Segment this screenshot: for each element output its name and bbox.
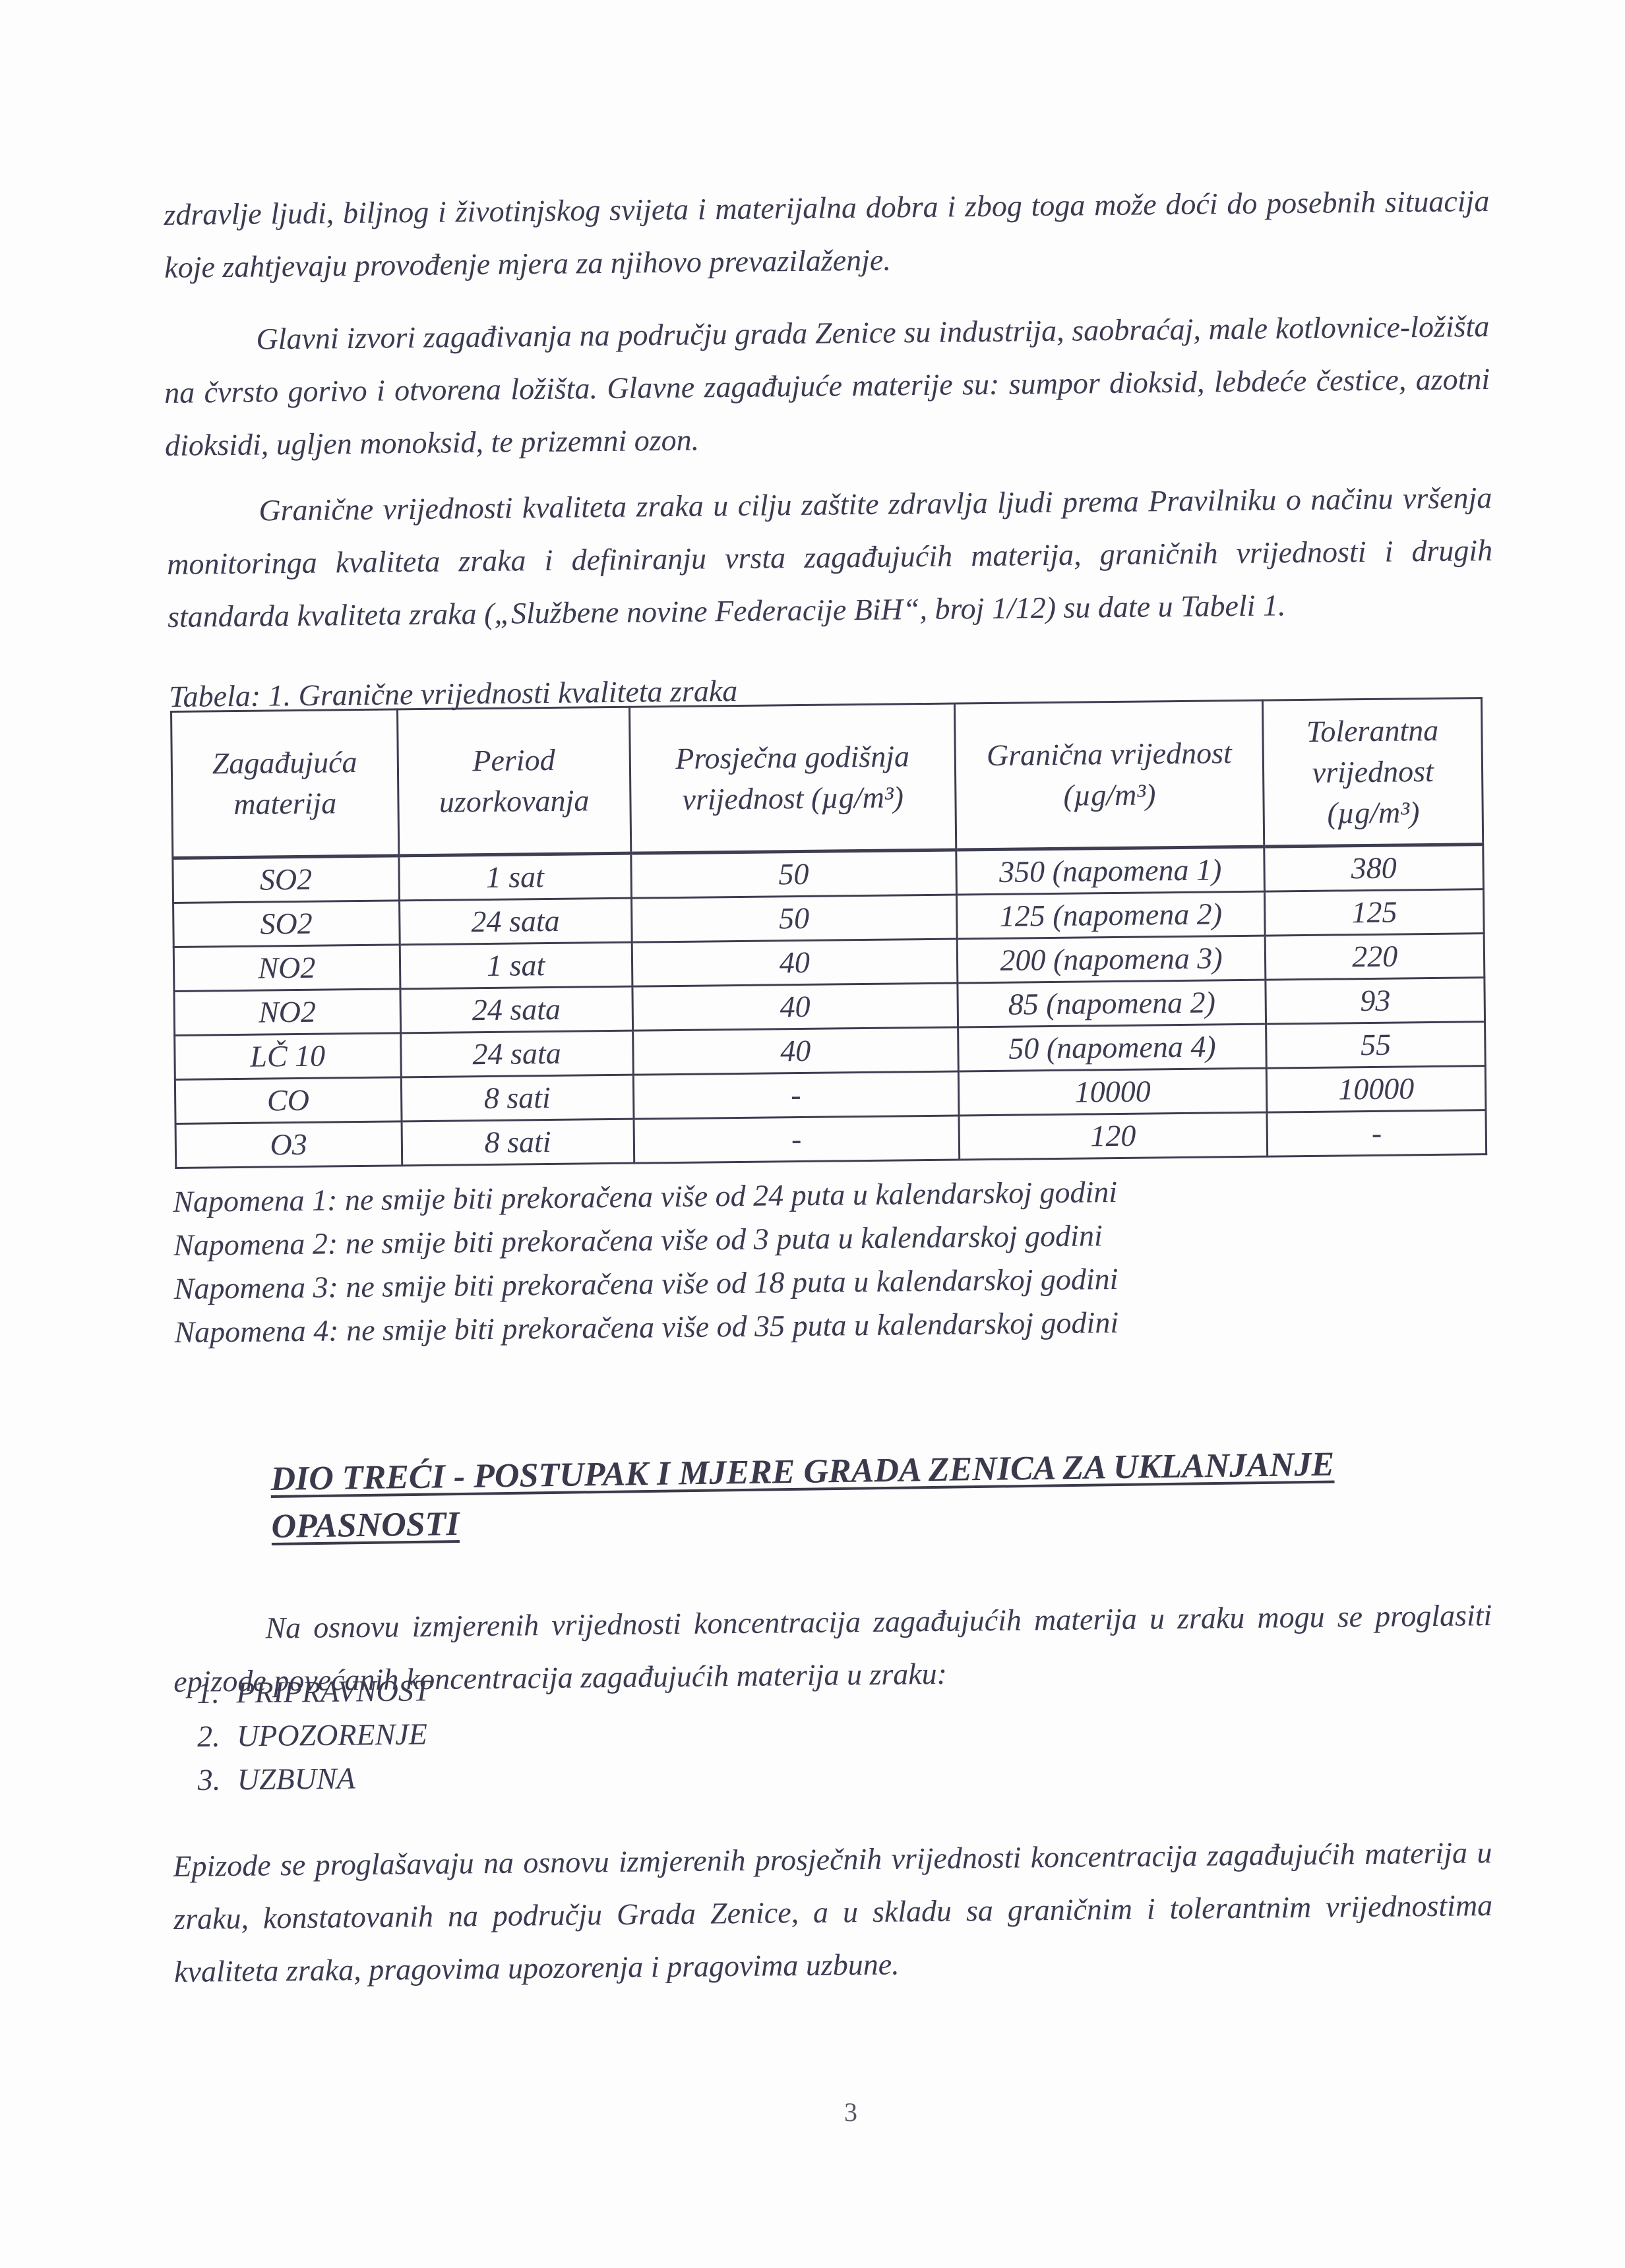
episode-levels-list: 1.PRIPRAVNOST 2.UPOZORENJE 3.UZBUNA xyxy=(197,1669,431,1802)
cell-annual-average: - xyxy=(634,1116,960,1163)
list-label: UZBUNA xyxy=(237,1761,355,1796)
cell-sampling-period: 8 sati xyxy=(402,1119,634,1166)
list-label: UPOZORENJE xyxy=(237,1717,427,1752)
cell-limit-value: 200 (napomena 3) xyxy=(957,936,1266,983)
table-header-row: Zagađujuća materija Period uzorkovanja P… xyxy=(171,698,1483,858)
cell-pollutant: SO2 xyxy=(173,856,399,903)
paragraph-episodes-basis: Epizode se proglašavaju na osnovu izmjer… xyxy=(173,1826,1493,1998)
document-page: zdravlje ljudi, biljnog i životinjskog s… xyxy=(0,0,1625,2268)
cell-sampling-period: 1 sat xyxy=(400,942,632,989)
list-number: 2. xyxy=(197,1714,237,1758)
cell-annual-average: 50 xyxy=(631,895,957,942)
list-label: PRIPRAVNOST xyxy=(236,1673,431,1709)
cell-pollutant: O3 xyxy=(175,1121,402,1168)
cell-limit-value: 85 (napomena 2) xyxy=(958,980,1266,1027)
table-notes: Napomena 1: ne smije biti prekoračena vi… xyxy=(173,1166,1494,1354)
list-number: 1. xyxy=(197,1671,237,1715)
cell-tolerance-value: 125 xyxy=(1265,889,1484,936)
header-sampling-period: Period uzorkovanja xyxy=(397,707,631,856)
cell-pollutant: NO2 xyxy=(173,945,400,992)
cell-limit-value: 120 xyxy=(959,1112,1268,1160)
cell-annual-average: 40 xyxy=(632,939,958,986)
cell-annual-average: 40 xyxy=(632,983,958,1030)
cell-tolerance-value: 93 xyxy=(1266,978,1485,1024)
list-number: 3. xyxy=(197,1758,237,1802)
cell-sampling-period: 24 sata xyxy=(400,986,632,1033)
page-number: 3 xyxy=(844,2097,857,2128)
header-pollutant: Zagađujuća materija xyxy=(171,709,399,858)
header-limit-value: Granična vrijednost (µg/m³) xyxy=(954,700,1264,850)
paragraph-limit-values-intro: Granične vrijednosti kvaliteta zraka u c… xyxy=(166,471,1493,643)
cell-annual-average: 40 xyxy=(632,1027,958,1075)
cell-sampling-period: 24 sata xyxy=(399,898,632,945)
header-tolerance-value: Tolerantna vrijednost (µg/m³) xyxy=(1263,698,1483,847)
cell-limit-value: 125 (napomena 2) xyxy=(956,891,1265,939)
cell-limit-value: 10000 xyxy=(958,1068,1267,1116)
cell-tolerance-value: 55 xyxy=(1266,1022,1485,1068)
section-title: DIO TREĆI - POSTUPAK I MJERE GRADA ZENIC… xyxy=(270,1441,1340,1551)
cell-annual-average: 50 xyxy=(631,850,957,898)
cell-limit-value: 50 (napomena 4) xyxy=(958,1024,1266,1071)
list-item: 2.UPOZORENJE xyxy=(197,1712,431,1758)
cell-pollutant: LČ 10 xyxy=(175,1033,401,1080)
cell-pollutant: CO xyxy=(175,1077,401,1124)
list-item: 1.PRIPRAVNOST xyxy=(197,1669,431,1715)
list-item: 3.UZBUNA xyxy=(197,1756,431,1802)
paragraph-pollution-sources: Glavni izvori zagađivanja na području gr… xyxy=(164,300,1490,472)
paragraph-intro-continuation: zdravlje ljudi, biljnog i životinjskog s… xyxy=(164,175,1490,294)
cell-sampling-period: 1 sat xyxy=(398,853,631,901)
cell-tolerance-value: 380 xyxy=(1264,845,1483,891)
cell-sampling-period: 24 sata xyxy=(400,1030,633,1077)
limit-values-table: Zagađujuća materija Period uzorkovanja P… xyxy=(170,697,1487,1169)
cell-tolerance-value: - xyxy=(1267,1110,1486,1156)
cell-annual-average: - xyxy=(633,1071,959,1119)
header-annual-average: Prosječna godišnja vrijednost (µg/m³) xyxy=(629,703,956,853)
cell-pollutant: NO2 xyxy=(174,989,400,1036)
cell-limit-value: 350 (napomena 1) xyxy=(956,847,1265,895)
cell-pollutant: SO2 xyxy=(173,901,400,947)
table-body: SO21 sat50350 (napomena 1)380SO224 sata5… xyxy=(173,845,1487,1168)
cell-tolerance-value: 10000 xyxy=(1267,1066,1486,1112)
cell-tolerance-value: 220 xyxy=(1266,934,1485,980)
limit-values-table-wrapper: Zagađujuća materija Period uzorkovanja P… xyxy=(170,697,1487,1169)
cell-sampling-period: 8 sati xyxy=(401,1075,634,1121)
